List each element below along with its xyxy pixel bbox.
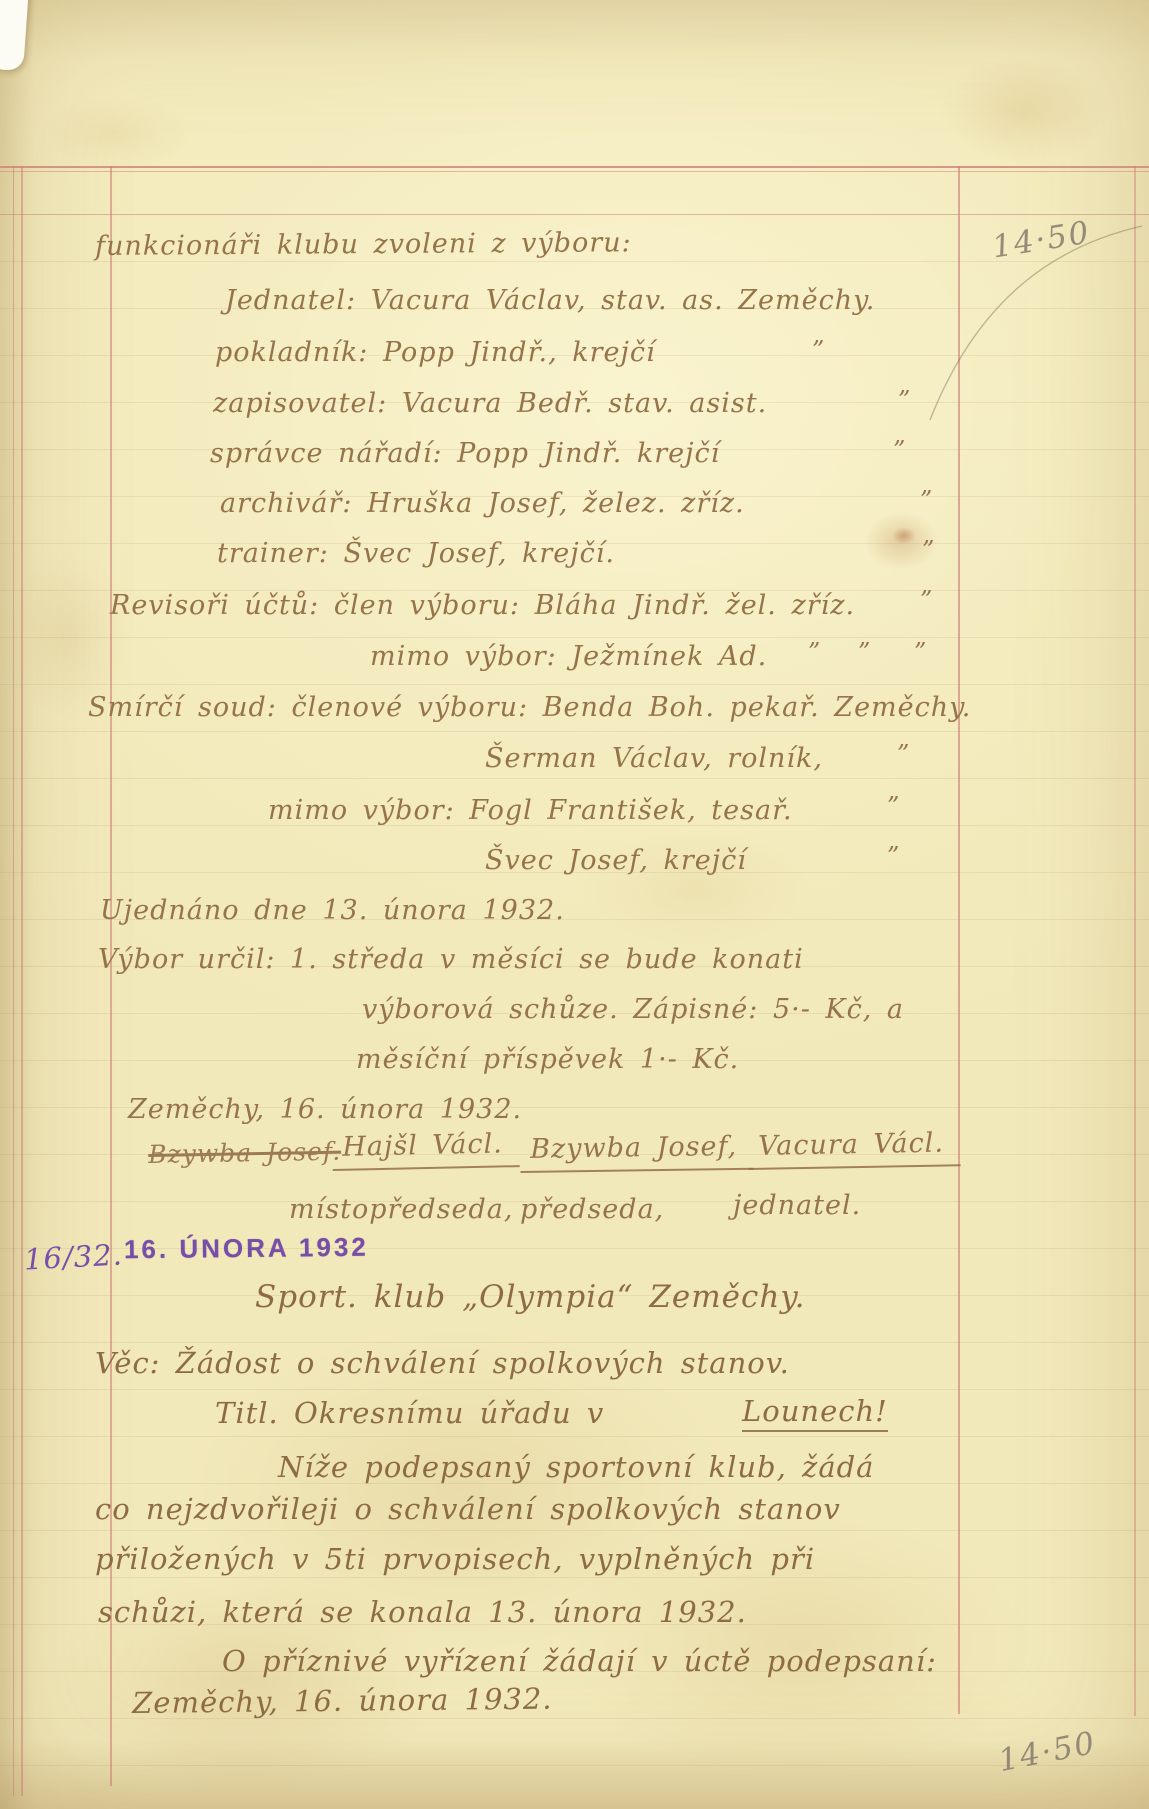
handwriting-line: mimo výbor: Ježmínek Ad.: [370, 643, 767, 671]
ditto-mark: ”: [887, 844, 899, 868]
signature-role: předseda,: [520, 1196, 664, 1224]
handwriting-line: Revisoři účtů: člen výboru: Bláha Jindř.…: [110, 592, 855, 620]
ditto-mark: ”: [808, 640, 820, 664]
handwriting-line: pokladník: Popp Jindř., krejčí: [215, 339, 656, 367]
handwriting-line: Šerman Václav, rolník,: [485, 745, 823, 773]
handwriting-line: správce nářadí: Popp Jindř. krejčí: [210, 440, 720, 468]
ditto-mark: ”: [858, 640, 870, 664]
red-ruling-horizontal-second: [0, 214, 1149, 215]
pencil-price-note: 14·50: [990, 214, 1093, 265]
signature: Vacura Václ.: [748, 1129, 960, 1170]
letter-subject: Věc: Žádost o schválení spolkových stano…: [95, 1348, 790, 1378]
handwriting-line: archivář: Hruška Josef, želez. zříz.: [220, 490, 745, 518]
paper-stain: [940, 55, 1110, 165]
handwriting-line: mimo výbor: Fogl František, tesař.: [268, 797, 793, 825]
letter-paragraph-line: O příznivé vyřízení žádají v úctě podeps…: [222, 1646, 937, 1676]
ditto-mark: ”: [898, 388, 910, 412]
paper-stain: [40, 95, 190, 170]
signature-strikethrough: Bzywba Josef.: [148, 1139, 341, 1169]
letter-paragraph-line: schůzi, která se konala 13. února 1932.: [98, 1597, 747, 1627]
handwriting-line: Výbor určil: 1. středa v měsíci se bude …: [98, 946, 804, 974]
pencil-price-note: 14·50: [995, 1725, 1099, 1779]
handwriting-line: trainer: Švec Josef, krejčí.: [217, 540, 615, 568]
handwriting-line: Zeměchy, 16. února 1932.: [128, 1096, 522, 1124]
red-ruling-vertical-left-edge-2: [21, 166, 23, 1796]
red-ruling-horizontal-top-double: [0, 171, 1149, 172]
letter-paragraph-line: přiložených v 5ti prvopisech, vyplněných…: [95, 1544, 815, 1574]
red-ruling-horizontal-top: [0, 166, 1149, 168]
letter-paragraph-line: Níže podepsaný sportovní klub, žádá: [278, 1452, 874, 1482]
red-ruling-vertical-right: [958, 166, 960, 1714]
handwriting-line: Jednatel: Vacura Václav, stav. as. Zeměc…: [225, 287, 875, 315]
handwriting-line: Švec Josef, krejčí: [485, 847, 747, 875]
ditto-mark: ”: [893, 438, 905, 462]
date-stamp: 16. ÚNORA 1932: [124, 1232, 369, 1266]
paper-stain: [892, 527, 916, 544]
signature: Bzywba Josef,: [520, 1133, 753, 1174]
letter-address: Titl. Okresnímu úřadu v: [215, 1398, 604, 1428]
ditto-mark: ”: [897, 742, 909, 766]
signature-role: jednatel.: [733, 1192, 861, 1220]
red-ruling-vertical-left-edge-1: [13, 166, 14, 1796]
ditto-mark: ”: [914, 640, 926, 664]
handwriting-line: Ujednáno dne 13. února 1932.: [100, 897, 565, 925]
scan-corner-artifact: [0, 0, 29, 71]
handwriting-line: funkcionáři klubu zvoleni z výboru:: [95, 229, 632, 261]
ditto-mark: ”: [887, 794, 899, 818]
letter-paragraph-line: co nejzdvořileji o schválení spolkových …: [95, 1494, 841, 1524]
paper-page: funkcionáři klubu zvoleni z výboru: Jedn…: [0, 0, 1149, 1809]
filing-number-note: 16/32.: [23, 1237, 123, 1276]
letter-address-place: Lounech!: [742, 1396, 888, 1432]
letter-heading: Sport. klub „Olympia“ Zeměchy.: [255, 1281, 806, 1314]
handwriting-line: výborová schůze. Zápisné: 5·- Kč, a: [362, 996, 904, 1024]
signature-role: místopředseda,: [289, 1196, 513, 1224]
ditto-mark: ”: [920, 488, 932, 512]
handwriting-line: Smírčí soud: členové výboru: Benda Boh. …: [88, 694, 971, 722]
handwriting-line: měsíční příspěvek 1·- Kč.: [356, 1046, 739, 1074]
ditto-mark: ”: [922, 538, 934, 562]
signature: Hajšl Václ.: [332, 1130, 519, 1171]
handwriting-line: zapisovatel: Vacura Bedř. stav. asist.: [213, 390, 767, 418]
red-ruling-vertical-far-right: [1134, 166, 1136, 1716]
letter-dateline: Zeměchy, 16. února 1932.: [132, 1684, 553, 1719]
ditto-mark: ”: [812, 338, 824, 362]
ditto-mark: ”: [920, 588, 932, 612]
